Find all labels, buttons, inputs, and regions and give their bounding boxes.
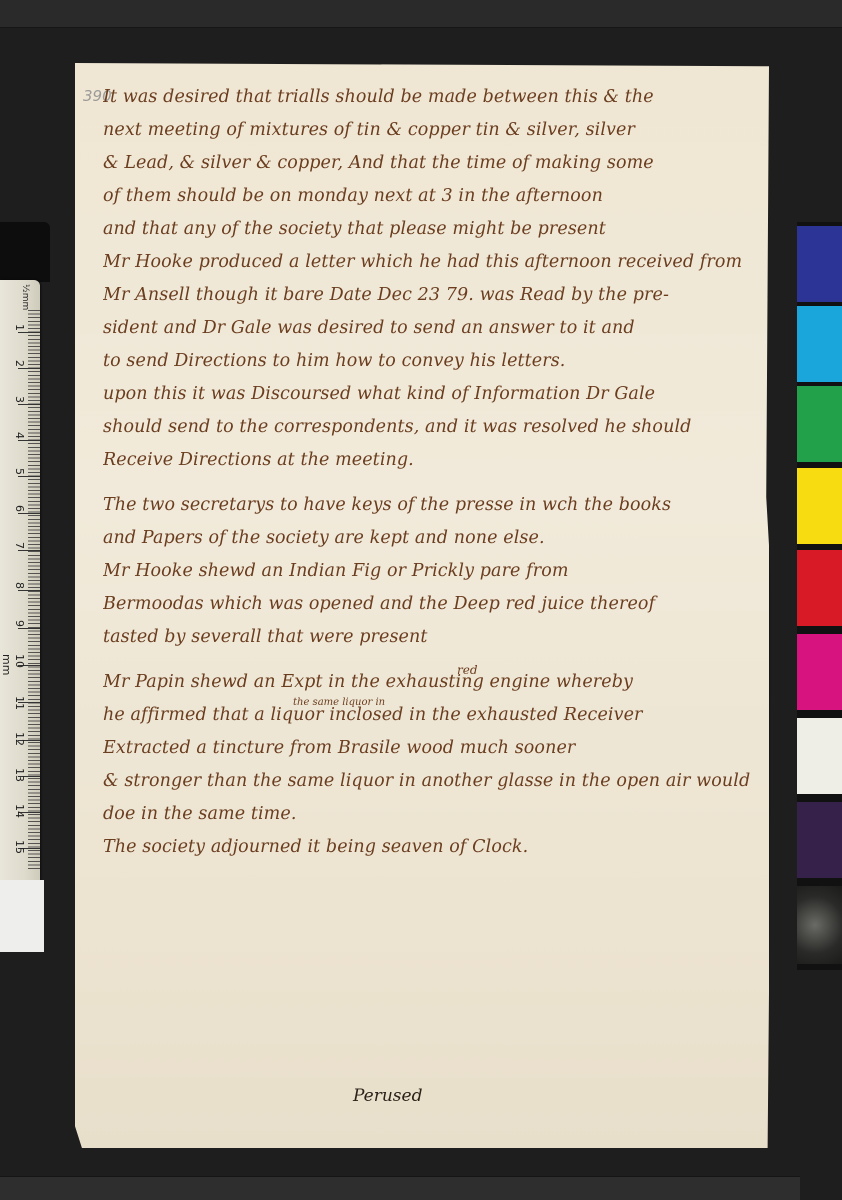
ruler-tick-label: 8 — [13, 582, 26, 589]
ruler-tick-label: 10 mm — [0, 654, 26, 675]
swatch-purple — [797, 802, 842, 880]
manuscript-line: The two secretarys to have keys of the p… — [103, 489, 763, 522]
swatch-black — [797, 886, 842, 966]
top-mount-band — [0, 0, 842, 28]
bottom-mount-band — [0, 1176, 800, 1200]
manuscript-line: and Papers of the society are kept and n… — [103, 522, 763, 555]
ruler-tick-label: 6 — [13, 505, 26, 512]
swatch-yellow — [797, 468, 842, 546]
manuscript-line: should send to the correspondents, and i… — [103, 411, 763, 444]
ruler-tick-label: 3 — [13, 396, 26, 403]
manuscript-line: tasted by severall that were present — [103, 621, 763, 654]
ruler-tick-label: 7 — [13, 542, 26, 549]
ruler-tick-label: 15 — [13, 840, 26, 854]
ruler-tick-label: 13 — [13, 768, 26, 782]
ruler-base-card — [0, 880, 44, 952]
manuscript-line: sident and Dr Gale was desired to send a… — [103, 312, 763, 345]
manuscript-line: & Lead, & silver & copper, And that the … — [103, 147, 763, 180]
ruler-tick-label: 1 — [13, 324, 26, 331]
manuscript-line: Mr Ansell though it bare Date Dec 23 79.… — [103, 279, 763, 312]
manuscript-page: 390 It was desired that trialls should b… — [75, 63, 769, 1148]
color-calibration-chart — [797, 222, 842, 970]
ruler-tick-label: 2 — [13, 360, 26, 367]
manuscript-line: It was desired that trialls should be ma… — [103, 81, 763, 114]
manuscript-line: he affirmed that a liquor inclosed in th… — [103, 699, 763, 732]
swatch-cyan — [797, 306, 842, 384]
interlinear-insertion: the same liquor in — [293, 697, 385, 708]
ruler-tick-label: 5 — [13, 468, 26, 475]
manuscript-line: next meeting of mixtures of tin & copper… — [103, 114, 763, 147]
manuscript-line: Mr Papin shewd an Expt in the exhausting… — [103, 666, 763, 699]
ruler-tick-label: 11 — [13, 696, 26, 710]
manuscript-line: Extracted a tincture from Brasile wood m… — [103, 732, 763, 765]
swatch-magenta — [797, 634, 842, 712]
swatch-red — [797, 550, 842, 628]
ruler-tick-label: 9 — [13, 620, 26, 627]
manuscript-line: & stronger than the same liquor in anoth… — [103, 765, 763, 798]
manuscript-line: Mr Hooke produced a letter which he had … — [103, 246, 763, 279]
ruler-cap — [0, 222, 50, 282]
manuscript-line: Bermoodas which was opened and the Deep … — [103, 588, 763, 621]
manuscript-line: Receive Directions at the meeting. — [103, 444, 763, 477]
manuscript-line: Mr Hooke shewd an Indian Fig or Prickly … — [103, 555, 763, 588]
manuscript-line: and that any of the society that please … — [103, 213, 763, 246]
interlinear-insertion: red — [457, 663, 478, 677]
perused-signature: Perused — [353, 1086, 422, 1106]
manuscript-line: of them should be on monday next at 3 in… — [103, 180, 763, 213]
scale-ruler: ½mm 1 2 3 4 5 6 7 8 9 10 mm 11 12 13 14 … — [0, 280, 40, 890]
manuscript-line: doe in the same time. — [103, 798, 763, 831]
swatch-white — [797, 718, 842, 796]
manuscript-text: It was desired that trialls should be ma… — [103, 81, 763, 864]
ruler-tick-label: 12 — [13, 732, 26, 746]
ruler-unit-label: ½mm — [20, 284, 30, 310]
swatch-blue — [797, 226, 842, 304]
ruler-tick-label: 4 — [13, 432, 26, 439]
ruler-tick-label: 14 — [13, 804, 26, 818]
manuscript-line: to send Directions to him how to convey … — [103, 345, 763, 378]
manuscript-line: upon this it was Discoursed what kind of… — [103, 378, 763, 411]
swatch-green — [797, 386, 842, 464]
manuscript-line: The society adjourned it being seaven of… — [103, 831, 763, 864]
